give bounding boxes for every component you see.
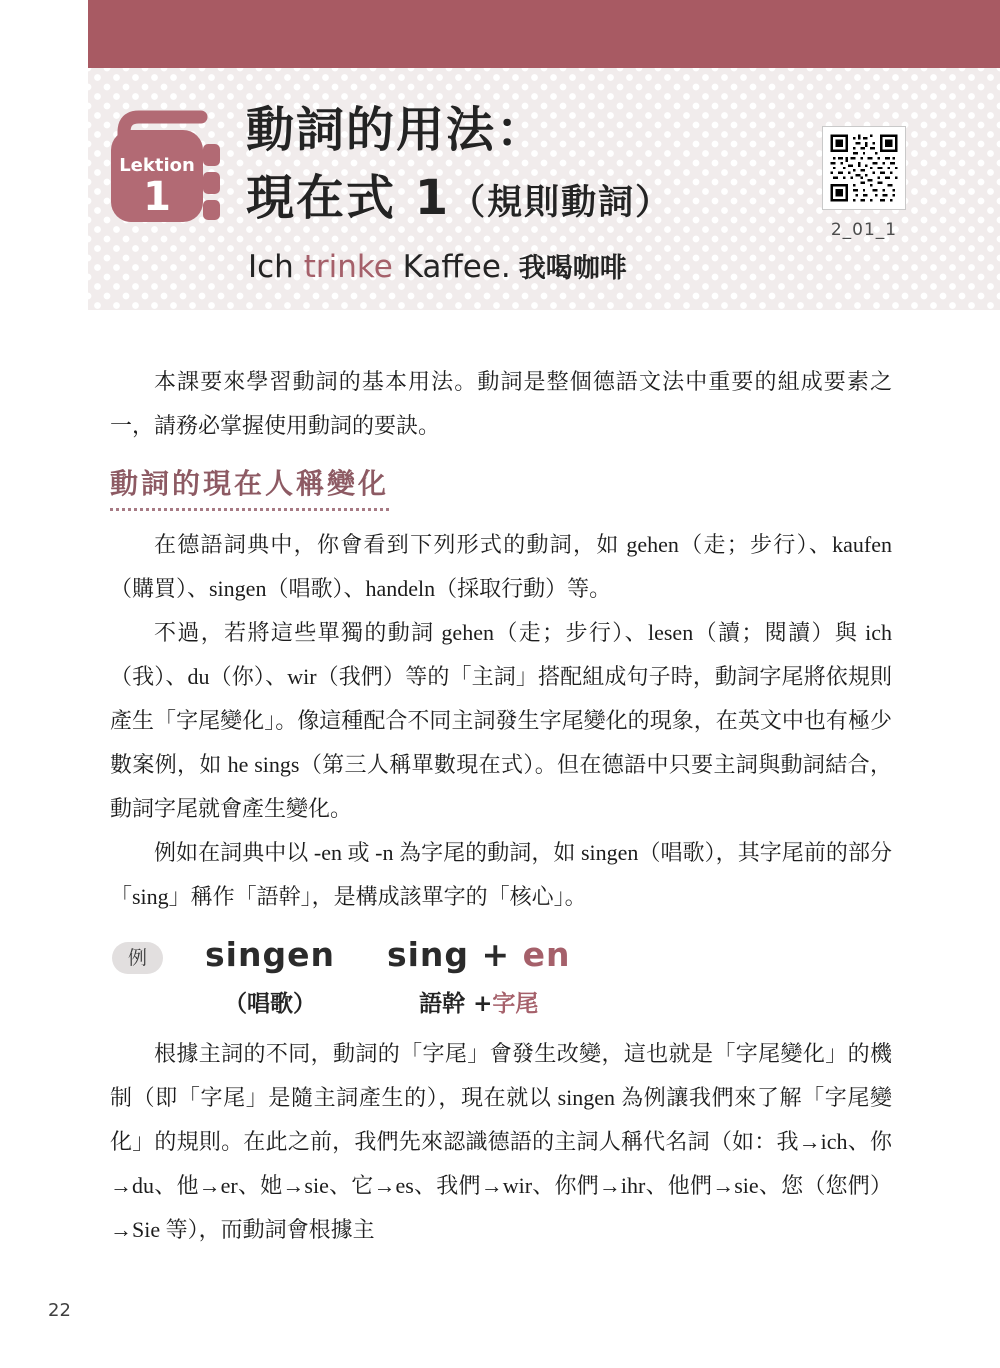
textbook-page: Lektion 1 動詞的用法： 現在式 1（規則動詞） Ich trinke … bbox=[0, 0, 1000, 1368]
example-formula-column: sing + en 語幹 +字尾 bbox=[387, 935, 571, 1018]
title-line-2: 現在式 1（規則動詞） bbox=[246, 164, 672, 237]
formula-gloss-stem: 語幹 + bbox=[419, 991, 492, 1017]
main-content: 本課要來學習動詞的基本用法。動詞是整個德語文法中重要的組成要素之一，請務必掌握使… bbox=[110, 360, 892, 1252]
qr-code bbox=[822, 126, 906, 210]
intro-paragraph: 本課要來學習動詞的基本用法。動詞是整個德語文法中重要的組成要素之一，請務必掌握使… bbox=[110, 360, 892, 448]
formula-ending: en bbox=[523, 935, 571, 974]
title-line-1: 動詞的用法： bbox=[246, 96, 672, 164]
body-paragraph: 不過，若將這些單獨的動詞 gehen（走；步行）、lesen（讀；閱讀）與 ic… bbox=[110, 611, 892, 831]
lektion-number: 1 bbox=[143, 174, 171, 220]
page-title: 動詞的用法： 現在式 1（規則動詞） bbox=[246, 96, 672, 237]
sentence-highlight: trinke bbox=[304, 249, 393, 285]
example-block: 例 singen （唱歌） sing + en 語幹 +字尾 bbox=[112, 935, 892, 1018]
section-heading: 動詞的現在人稱變化 bbox=[110, 466, 389, 511]
formula-gloss-ending: 字尾 bbox=[492, 991, 538, 1017]
body-paragraph: 例如在詞典中以 -en 或 -n 為字尾的動詞，如 singen（唱歌），其字尾… bbox=[110, 831, 892, 919]
sentence-translation: 我喝咖啡 bbox=[519, 253, 627, 284]
example-badge: 例 bbox=[112, 942, 163, 974]
example-word-gloss: （唱歌） bbox=[205, 985, 335, 1018]
example-word-column: singen （唱歌） bbox=[205, 935, 335, 1018]
title-line-2-main: 現在式 1 bbox=[246, 170, 450, 226]
top-banner bbox=[88, 0, 1000, 68]
example-word: singen bbox=[205, 935, 335, 974]
sentence-part-2: Kaffee. bbox=[393, 249, 511, 285]
body-paragraph: 在德語詞典中，你會看到下列形式的動詞，如 gehen（走；步行）、kaufen（… bbox=[110, 523, 892, 611]
closing-paragraph: 根據主詞的不同，動詞的「字尾」會發生改變，這也就是「字尾變化」的機制（即「字尾」… bbox=[110, 1032, 892, 1252]
example-formula-gloss: 語幹 +字尾 bbox=[387, 985, 571, 1018]
page-number: 22 bbox=[48, 1300, 71, 1321]
lesson-book-icon: Lektion 1 bbox=[104, 100, 238, 228]
sentence-part-1: Ich bbox=[248, 249, 304, 285]
formula-stem: sing + bbox=[387, 935, 523, 974]
lektion-label: Lektion bbox=[119, 155, 195, 176]
title-line-2-sub: （規則動詞） bbox=[450, 183, 672, 223]
example-sentence: Ich trinke Kaffee.我喝咖啡 bbox=[248, 246, 627, 285]
example-formula: sing + en bbox=[387, 935, 571, 974]
qr-label: 2_01_1 bbox=[810, 220, 918, 240]
